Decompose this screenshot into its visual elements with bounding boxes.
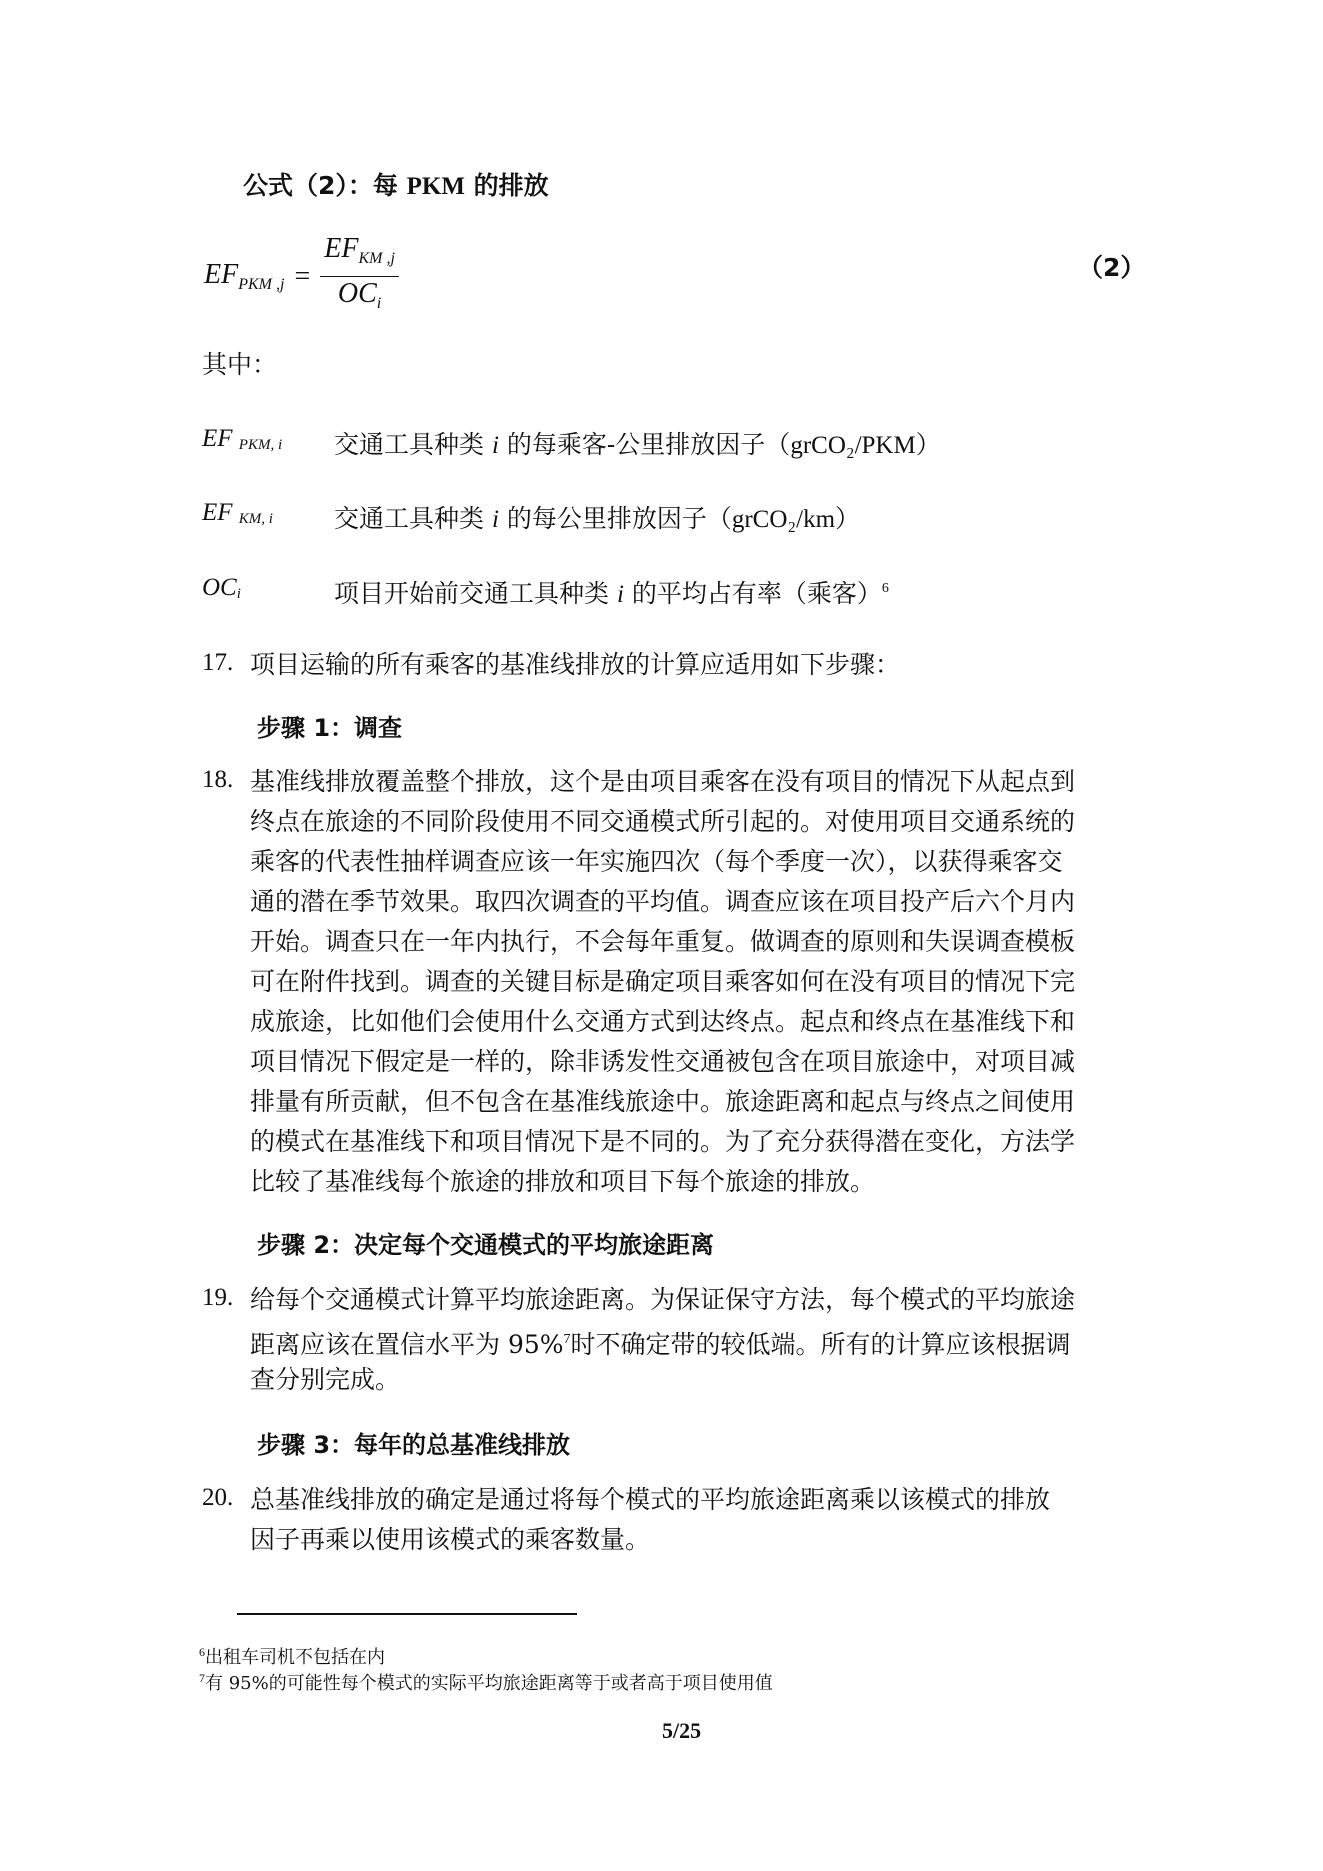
def-text-after: 的平均占有率（乘客） xyxy=(624,579,882,608)
definition-row: EF PKM, i xyxy=(202,425,282,454)
paragraph-line: 成旅途，比如他们会使用什么交通方式到达终点。起点和终点在基准线下和 xyxy=(250,1002,1075,1042)
numerator-main: EF xyxy=(324,233,358,264)
equation-fraction: EFKM ,j OCi xyxy=(320,232,399,321)
line-text: 距离应该在置信水平为 95% xyxy=(250,1330,564,1359)
paragraph-19: 给每个交通模式计算平均旅途距离。为保证保守方法，每个模式的平均旅途 距离应该在置… xyxy=(250,1280,1075,1400)
def-text-after: 的每乘客-公里排放因子（ xyxy=(499,430,790,459)
paragraph-18: 基准线排放覆盖整个排放，这个是由项目乘客在没有项目的情况下从起点到 终点在旅途的… xyxy=(250,762,1075,1202)
paragraph-number-18: 18. xyxy=(202,766,233,794)
def-var: i xyxy=(617,581,624,608)
def-text-before: 交通工具种类 xyxy=(334,504,492,533)
paragraph-number-19: 19. xyxy=(202,1284,233,1312)
paragraph-line: 终点在旅途的不同阶段使用不同交通模式所引起的。对使用项目交通系统的 xyxy=(250,802,1075,842)
fraction-denominator: OCi xyxy=(320,277,399,321)
formula-heading-suffix: 的排放 xyxy=(465,171,549,200)
equation-lhs-sub: PKM ,j xyxy=(238,276,284,293)
symbol-main: OC xyxy=(202,574,237,601)
denominator-sub: i xyxy=(377,295,381,312)
paragraph-number-20: 20. xyxy=(202,1484,233,1512)
footnote-separator xyxy=(237,1613,577,1615)
formula-heading: 公式（2）：每 PKM 的排放 xyxy=(243,170,549,203)
step-2-heading: 步骤 2：决定每个交通模式的平均旅途距离 xyxy=(257,1225,714,1260)
line-text: 时不确定带的较低端。所有的计算应该根据调 xyxy=(571,1330,1071,1359)
paragraph-line: 项目情况下假定是一样的，除非诱发性交通被包含在项目旅途中，对项目减 xyxy=(250,1042,1075,1082)
definition-symbol: EF PKM, i xyxy=(202,425,282,452)
definition-row: EF KM, i xyxy=(202,499,273,528)
paragraph-line: 总基准线排放的确定是通过将每个模式的平均旅途距离乘以该模式的排放 xyxy=(250,1480,1050,1520)
paragraph-number-17: 17. xyxy=(202,649,233,677)
paragraph-17: 项目运输的所有乘客的基准线排放的计算应适用如下步骤： xyxy=(250,645,900,685)
footnote-text: 出租车司机不包括在内 xyxy=(205,1647,385,1668)
page-number: 5/25 xyxy=(662,1718,701,1744)
symbol-sub: i xyxy=(237,586,241,602)
formula-heading-prefix: 公式（2）：每 xyxy=(243,171,407,200)
paragraph-line: 可在附件找到。调查的关键目标是确定项目乘客如何在没有项目的情况下完 xyxy=(250,962,1075,1002)
definition-text: 交通工具种类 i 的每乘客-公里排放因子（grCO₂/PKM） xyxy=(334,425,941,461)
fraction-numerator: EFKM ,j xyxy=(320,232,399,276)
denominator-main: OC xyxy=(338,278,377,309)
paragraph-line: 比较了基准线每个旅途的排放和项目下每个旅途的排放。 xyxy=(250,1162,1075,1202)
paragraph-line: 给每个交通模式计算平均旅途距离。为保证保守方法，每个模式的平均旅途 xyxy=(250,1280,1075,1320)
paragraph-line: 基准线排放覆盖整个排放，这个是由项目乘客在没有项目的情况下从起点到 xyxy=(250,762,1075,802)
equals-sign: = xyxy=(294,261,310,293)
def-var: i xyxy=(492,506,499,533)
symbol-sub: PKM, i xyxy=(239,437,282,453)
step-1-heading: 步骤 1：调查 xyxy=(257,708,402,743)
def-text-before: 项目开始前交通工具种类 xyxy=(334,579,617,608)
def-unit: grCO₂/PKM xyxy=(790,432,915,459)
paragraph-line: 查分别完成。 xyxy=(250,1360,1075,1400)
footnote-text: 有 95%的可能性每个模式的实际平均旅途距离等于或者高于项目使用值 xyxy=(205,1673,773,1694)
def-text-before: 交通工具种类 xyxy=(334,430,492,459)
paragraph-line: 排量有所贡献，但不包含在基准线旅途中。旅途距离和起点与终点之间使用 xyxy=(250,1082,1075,1122)
equation-lhs-main: EF xyxy=(204,259,238,290)
formula-heading-latin: PKM xyxy=(407,173,465,200)
def-text-end: ） xyxy=(835,504,860,533)
paragraph-line: 的模式在基准线下和项目情况下是不同的。为了充分获得潜在变化，方法学 xyxy=(250,1122,1075,1162)
equation: EFPKM ,j = EFKM ,j OCi xyxy=(204,232,399,321)
step-3-heading: 步骤 3：每年的总基准线排放 xyxy=(257,1425,570,1460)
equation-number: （2） xyxy=(1078,252,1145,284)
footnote-ref-6[interactable]: 6 xyxy=(882,581,889,596)
footnote-7: 7有 95%的可能性每个模式的实际平均旅途距离等于或者高于项目使用值 xyxy=(199,1666,773,1696)
paragraph-line: 开始。调查只在一年内执行，不会每年重复。做调查的原则和失误调查模板 xyxy=(250,922,1075,962)
paragraph-line: 距离应该在置信水平为 95%7时不确定带的较低端。所有的计算应该根据调 xyxy=(250,1320,1075,1360)
where-label: 其中： xyxy=(202,345,277,385)
def-var: i xyxy=(492,432,499,459)
def-unit: grCO₂/km xyxy=(732,506,835,533)
paragraph-line: 通的潜在季节效果。取四次调查的平均值。调查应该在项目投产后六个月内 xyxy=(250,882,1075,922)
paragraph-20: 总基准线排放的确定是通过将每个模式的平均旅途距离乘以该模式的排放 因子再乘以使用… xyxy=(250,1480,1050,1560)
definition-symbol: OCi xyxy=(202,574,241,601)
def-text-after: 的每公里排放因子（ xyxy=(499,504,732,533)
paragraph-line: 乘客的代表性抽样调查应该一年实施四次（每个季度一次），以获得乘客交 xyxy=(250,842,1075,882)
footnote-ref-7[interactable]: 7 xyxy=(564,1332,571,1347)
numerator-sub: KM ,j xyxy=(358,250,394,267)
definition-text: 交通工具种类 i 的每公里排放因子（grCO₂/km） xyxy=(334,499,860,535)
symbol-main: EF xyxy=(202,425,233,452)
definition-row: OCi xyxy=(202,574,241,603)
equation-lhs: EFPKM ,j xyxy=(204,259,284,294)
definition-symbol: EF KM, i xyxy=(202,499,273,526)
symbol-sub: KM, i xyxy=(239,511,273,527)
paragraph-line: 项目运输的所有乘客的基准线排放的计算应适用如下步骤： xyxy=(250,645,900,685)
paragraph-line: 因子再乘以使用该模式的乘客数量。 xyxy=(250,1520,1050,1560)
symbol-main: EF xyxy=(202,499,233,526)
definition-text: 项目开始前交通工具种类 i 的平均占有率（乘客）6 xyxy=(334,574,889,610)
def-text-end: ） xyxy=(916,430,941,459)
